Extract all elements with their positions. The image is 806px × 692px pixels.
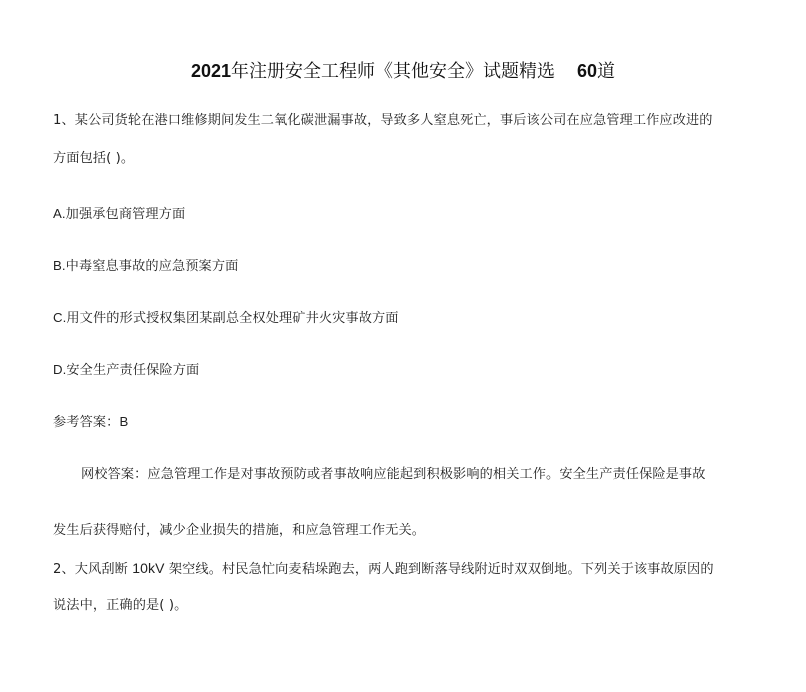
question-2-stem-line2: 说法中，正确的是( )。 bbox=[53, 597, 187, 615]
question-1-answer: 参考答案：B bbox=[53, 413, 128, 432]
question-1-explanation-line1: 网校答案：应急管理工作是对事故预防或者事故响应能起到积极影响的相关工作。安全生产… bbox=[81, 466, 706, 484]
title-year: 2021 bbox=[191, 61, 231, 81]
option-letter: D. bbox=[53, 362, 66, 377]
title-count-suffix: 道 bbox=[597, 61, 615, 82]
option-letter: A. bbox=[53, 206, 66, 221]
document-page: 2021年注册安全工程师《其他安全》试题精选60道 1、某公司货轮在港口维修期间… bbox=[0, 0, 806, 692]
option-text: 中毒窒息事故的应急预案方面 bbox=[66, 259, 239, 274]
title-text: 年注册安全工程师《其他安全》试题精选 bbox=[231, 61, 555, 82]
answer-value: B bbox=[119, 414, 128, 429]
question-2-stem-line1: 2、大风刮断 10kV 架空线。村民急忙向麦秸垛跑去，两人跑到断落导线附近时双双… bbox=[53, 559, 714, 579]
option-letter: C. bbox=[53, 310, 66, 325]
document-title: 2021年注册安全工程师《其他安全》试题精选60道 bbox=[0, 59, 806, 84]
question-1-option-b: B.中毒窒息事故的应急预案方面 bbox=[53, 257, 238, 276]
stem-prefix: 2、大风刮断 bbox=[53, 562, 132, 577]
question-1-option-a: A.加强承包商管理方面 bbox=[53, 205, 185, 224]
question-1-explanation-line2: 发生后获得赔付，减少企业损失的措施，和应急管理工作无关。 bbox=[53, 522, 425, 540]
stem-voltage: 10kV bbox=[132, 560, 164, 576]
question-1-stem-line2: 方面包括( )。 bbox=[53, 150, 134, 168]
stem-rest: 架空线。村民急忙向麦秸垛跑去，两人跑到断落导线附近时双双倒地。下列关于该事故原因… bbox=[165, 562, 714, 577]
option-text: 安全生产责任保险方面 bbox=[66, 363, 199, 378]
answer-label: 参考答案： bbox=[53, 415, 119, 430]
question-1-option-c: C.用文件的形式授权集团某副总全权处理矿井火灾事故方面 bbox=[53, 309, 399, 328]
option-text: 用文件的形式授权集团某副总全权处理矿井火灾事故方面 bbox=[66, 311, 398, 326]
question-1-option-d: D.安全生产责任保险方面 bbox=[53, 361, 199, 380]
question-1-stem-line1: 1、某公司货轮在港口维修期间发生二氧化碳泄漏事故，导致多人窒息死亡，事后该公司在… bbox=[53, 112, 713, 130]
option-letter: B. bbox=[53, 258, 66, 273]
title-count: 60 bbox=[577, 61, 597, 81]
option-text: 加强承包商管理方面 bbox=[66, 207, 186, 222]
